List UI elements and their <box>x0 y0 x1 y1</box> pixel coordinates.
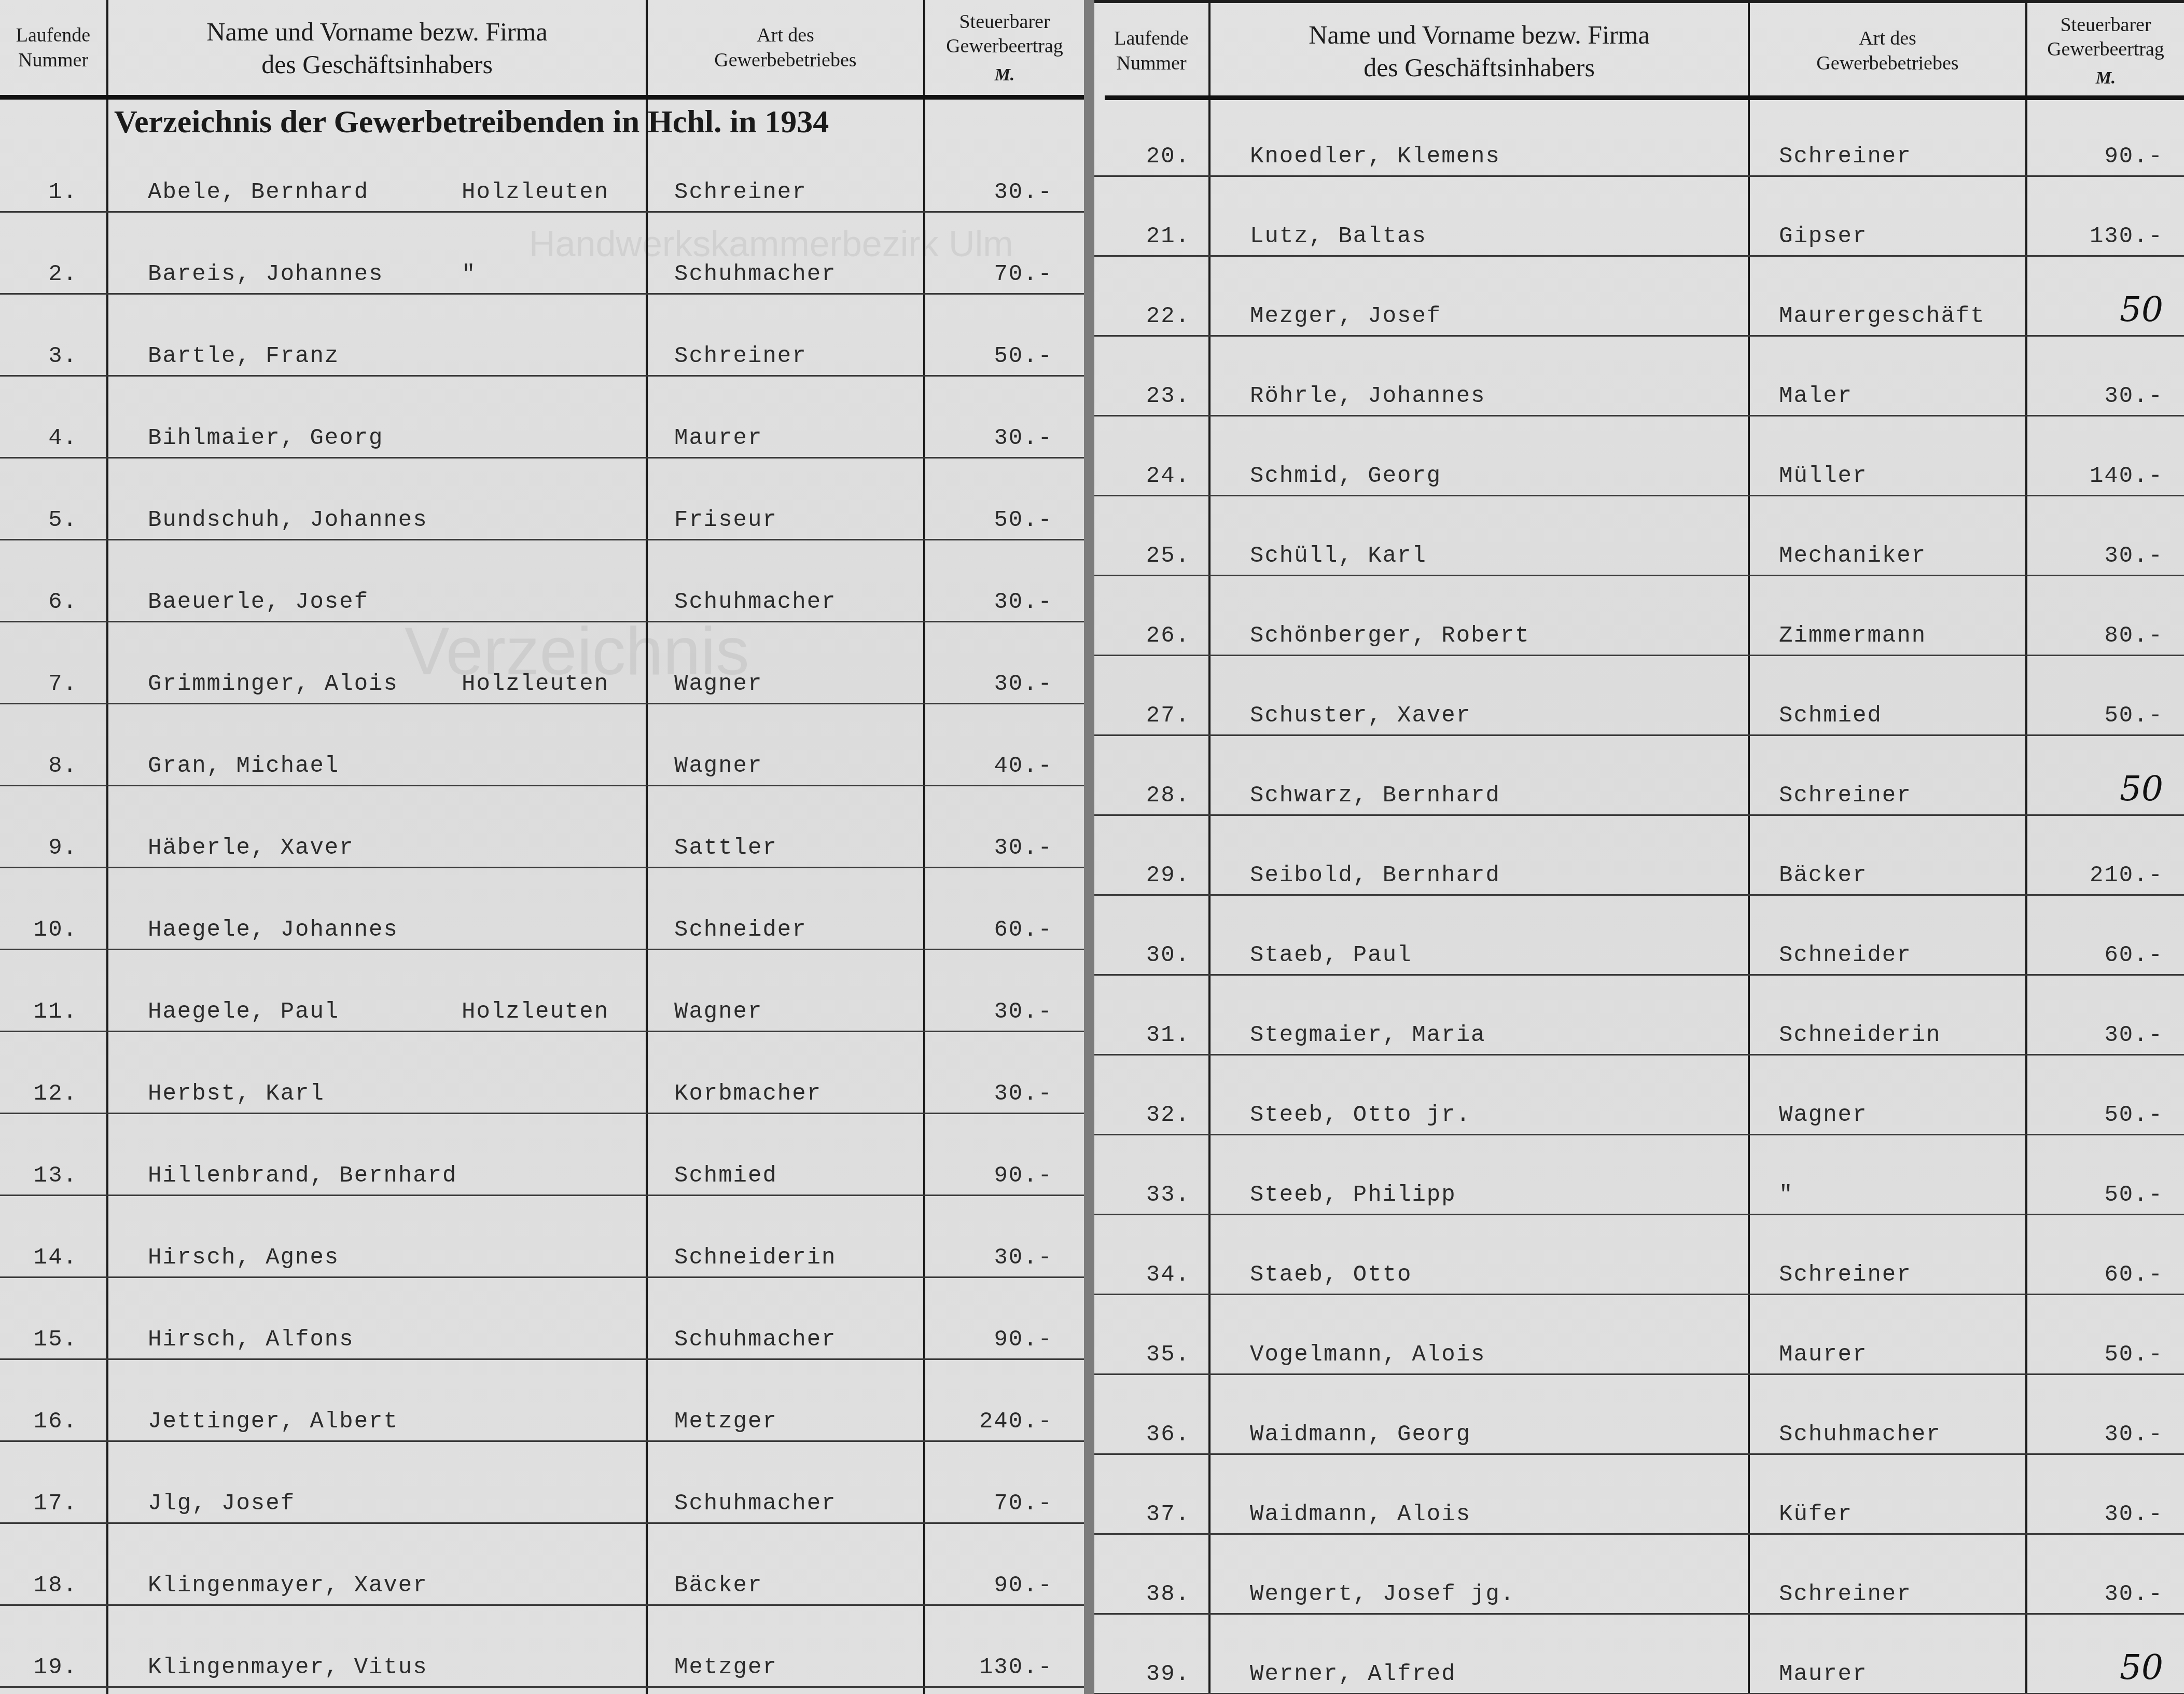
owner-name: Stegmaier, Maria <box>1250 1022 1485 1048</box>
row-number: 35. <box>1094 1342 1190 1368</box>
table-row: 36.Waidmann, GeorgSchuhmacher30.- <box>1094 1372 2184 1455</box>
header-text: Art des <box>757 23 814 48</box>
table-row: 25.Schüll, KarlMechaniker30.- <box>1094 493 2184 576</box>
row-number: 30. <box>1094 942 1190 968</box>
trade-type: Küfer <box>1779 1502 1853 1528</box>
table-row: 13.Hillenbrand, BernhardSchmied90.- <box>0 1113 1084 1196</box>
header-text: Name und Vorname bezw. Firma <box>1309 19 1649 51</box>
tax-amount: 50.- <box>2104 1182 2163 1208</box>
tax-amount: 30.- <box>994 589 1053 615</box>
row-rule <box>0 1686 1084 1688</box>
table-row: 11.Haegele, PaulHolzleutenWagner30.- <box>0 949 1084 1032</box>
tax-amount: 30.- <box>2104 543 2163 569</box>
owner-name: Häberle, Xaver <box>148 835 354 861</box>
owner-name: Staeb, Paul <box>1250 942 1412 968</box>
trade-type: Schreiner <box>1779 1581 1912 1607</box>
owner-name: Steeb, Otto jr. <box>1250 1102 1471 1128</box>
owner-name: Röhrle, Johannes <box>1250 383 1485 409</box>
header-text: Steuerbarer <box>2060 13 2151 38</box>
table-row: 6.Baeuerle, JosefSchuhmacher30.- <box>0 539 1084 622</box>
table-row: 2.Bareis, Johannes"Schuhmacher70.- <box>0 212 1084 295</box>
header-rule <box>0 95 1084 100</box>
header-amount: Steuerbarer Gewerbeertrag M. <box>925 0 1084 96</box>
row-number: 20. <box>1094 144 1190 170</box>
table-row: 8.Gran, MichaelWagner40.- <box>0 703 1084 786</box>
owner-name: Haegele, Paul <box>148 999 339 1025</box>
row-number: 19. <box>0 1655 78 1681</box>
table-row: 12.Herbst, KarlKorbmacher30.- <box>0 1031 1084 1114</box>
table-row: 38.Wengert, Josef jg.Schreiner30.- <box>1094 1532 2184 1615</box>
table-row: 9.Häberle, XaverSattler30.- <box>0 785 1084 868</box>
trade-type: Maurergeschäft <box>1779 303 1985 329</box>
tax-amount: 30.- <box>994 835 1053 861</box>
row-number: 23. <box>1094 383 1190 409</box>
table-row: 21.Lutz, BaltasGipser130.- <box>1094 174 2184 257</box>
owner-name: Lutz, Baltas <box>1250 224 1427 249</box>
table-row: 37.Waidmann, AloisKüfer30.- <box>1094 1452 2184 1535</box>
row-number: 18. <box>0 1573 78 1599</box>
owner-name: Bartle, Franz <box>148 343 339 369</box>
table-row: 20.Knoedler, KlemensSchreiner90.- <box>1094 94 2184 177</box>
tax-amount: 140.- <box>2090 463 2163 489</box>
tax-amount: 50.- <box>2104 1342 2163 1368</box>
trade-type: Maurer <box>1779 1661 1867 1687</box>
trade-type: Friseur <box>674 507 777 533</box>
row-number: 10. <box>0 917 78 943</box>
tax-amount: 70.- <box>994 1491 1053 1517</box>
tax-amount: 30.- <box>994 179 1053 205</box>
trade-type: Schreiner <box>1779 144 1912 170</box>
tax-amount: 50.- <box>994 343 1053 369</box>
tax-amount: 30.- <box>2104 1502 2163 1528</box>
owner-name: Hillenbrand, Bernhard <box>148 1163 457 1189</box>
table-row: 32.Steeb, Otto jr.Wagner50.- <box>1094 1052 2184 1135</box>
table-row: 19.Klingenmayer, VitusMetzger130.- <box>0 1605 1084 1688</box>
owner-name: Knoedler, Klemens <box>1250 144 1500 170</box>
owner-name: Waidmann, Georg <box>1250 1422 1471 1448</box>
owner-name: Hirsch, Agnes <box>148 1245 339 1271</box>
tax-amount: 30.- <box>2104 1581 2163 1607</box>
row-number: 36. <box>1094 1422 1190 1448</box>
row-number: 15. <box>0 1327 78 1353</box>
row-number: 8. <box>0 753 78 779</box>
table-row: 34.Staeb, OttoSchreiner60.- <box>1094 1212 2184 1295</box>
owner-name: Wengert, Josef jg. <box>1250 1581 1515 1607</box>
header-text: Art des <box>1859 26 1916 51</box>
row-number: 5. <box>0 507 78 533</box>
tax-amount: 90.- <box>2104 144 2163 170</box>
trade-type: Schneider <box>1779 942 1912 968</box>
owner-name: Herbst, Karl <box>148 1081 325 1107</box>
row-number: 14. <box>0 1245 78 1271</box>
trade-type: Metzger <box>674 1655 777 1681</box>
table-row: 15.Hirsch, AlfonsSchuhmacher90.- <box>0 1277 1084 1360</box>
row-number: 7. <box>0 671 78 697</box>
place-name: Holzleuten <box>462 179 609 205</box>
header-text: Nummer <box>18 48 88 73</box>
handwritten-amount: 50 <box>2120 769 2163 809</box>
table-row: 4.Bihlmaier, GeorgMaurer30.- <box>0 376 1084 459</box>
owner-name: Grimminger, Alois <box>148 671 398 697</box>
header-text: Steuerbarer <box>959 10 1050 35</box>
trade-type: Metzger <box>674 1409 777 1435</box>
trade-type: Schuhmacher <box>674 1327 836 1353</box>
trade-type: Korbmacher <box>674 1081 822 1107</box>
header-name: Name und Vorname bezw. Firma des Geschäf… <box>108 0 646 96</box>
trade-type: Schneiderin <box>674 1245 836 1271</box>
trade-type: Schuhmacher <box>1779 1422 1941 1448</box>
trade-type: Maurer <box>674 425 762 451</box>
header-text: Gewerbebetriebes <box>1816 51 1958 76</box>
place-name: " <box>462 261 476 287</box>
header-text: Gewerbeertrag <box>2047 37 2164 62</box>
header-text: Nummer <box>1116 51 1186 76</box>
tax-amount: 210.- <box>2090 863 2163 888</box>
trade-type: Maler <box>1779 383 1853 409</box>
row-number: 6. <box>0 589 78 615</box>
trade-type: Mechaniker <box>1779 543 1926 569</box>
row-number: 37. <box>1094 1502 1190 1528</box>
row-number: 1. <box>0 179 78 205</box>
owner-name: Staeb, Otto <box>1250 1262 1412 1288</box>
owner-name: Seibold, Bernhard <box>1250 863 1500 888</box>
tax-amount: 50.- <box>994 507 1053 533</box>
header-text: Gewerbebetriebes <box>714 48 856 73</box>
trade-type: Schuhmacher <box>674 589 836 615</box>
trade-type: Schreiner <box>674 179 807 205</box>
table-row: 23.Röhrle, JohannesMaler30.- <box>1094 334 2184 416</box>
tax-amount: 70.- <box>994 261 1053 287</box>
owner-name: Vogelmann, Alois <box>1250 1342 1485 1368</box>
table-row: 27.Schuster, XaverSchmied50.- <box>1094 653 2184 736</box>
place-name: Holzleuten <box>462 671 609 697</box>
row-number: 12. <box>0 1081 78 1107</box>
tax-amount: 30.- <box>994 1245 1053 1271</box>
row-number: 3. <box>0 343 78 369</box>
trade-type: Zimmermann <box>1779 623 1926 649</box>
owner-name: Schüll, Karl <box>1250 543 1427 569</box>
trade-type: Schmied <box>1779 703 1882 729</box>
trade-type: Schreiner <box>1779 1262 1912 1288</box>
header-text: Gewerbeertrag <box>946 34 1063 59</box>
header-trade: Art des Gewerbebetriebes <box>648 0 923 96</box>
owner-name: Baeuerle, Josef <box>148 589 369 615</box>
tax-amount: 60.- <box>2104 1262 2163 1288</box>
tax-amount: 240.- <box>979 1409 1053 1435</box>
owner-name: Schuster, Xaver <box>1250 703 1471 729</box>
table-row: 5.Bundschuh, JohannesFriseur50.- <box>0 457 1084 540</box>
owner-name: Gran, Michael <box>148 753 339 779</box>
row-number: 33. <box>1094 1182 1190 1208</box>
header-text: Laufende <box>16 23 90 48</box>
table-row: 31.Stegmaier, MariaSchneiderin30.- <box>1094 973 2184 1056</box>
right-page: Laufende Nummer Name und Vorname bezw. F… <box>1094 0 2184 1694</box>
row-number: 32. <box>1094 1102 1190 1128</box>
owner-name: Hirsch, Alfons <box>148 1327 354 1353</box>
trade-type: " <box>1779 1182 1793 1208</box>
tax-amount: 130.- <box>979 1655 1053 1681</box>
row-number: 34. <box>1094 1262 1190 1288</box>
row-number: 38. <box>1094 1581 1190 1607</box>
trade-type: Schuhmacher <box>674 1491 836 1517</box>
table-row: 26.Schönberger, RobertZimmermann80.- <box>1094 573 2184 656</box>
tax-amount: 80.- <box>2104 623 2163 649</box>
row-number: 26. <box>1094 623 1190 649</box>
trade-type: Schreiner <box>1779 783 1912 809</box>
row-number: 2. <box>0 261 78 287</box>
owner-name: Steeb, Philipp <box>1250 1182 1456 1208</box>
row-number: 9. <box>0 835 78 861</box>
trade-type: Wagner <box>674 999 762 1025</box>
tax-amount: 30.- <box>2104 383 2163 409</box>
owner-name: Haegele, Johannes <box>148 917 398 943</box>
owner-name: Schwarz, Bernhard <box>1250 783 1500 809</box>
tax-amount: 90.- <box>994 1163 1053 1189</box>
row-number: 39. <box>1094 1661 1190 1687</box>
table-row: 14.Hirsch, AgnesSchneiderin30.- <box>0 1195 1084 1278</box>
owner-name: Jettinger, Albert <box>148 1409 398 1435</box>
table-row: 3.Bartle, FranzSchreiner50.- <box>0 294 1084 377</box>
header-text: Name und Vorname bezw. Firma <box>206 16 547 48</box>
row-number: 4. <box>0 425 78 451</box>
header-number: Laufende Nummer <box>1094 3 1208 99</box>
table-row: 16.Jettinger, AlbertMetzger240.- <box>0 1359 1084 1442</box>
header-name: Name und Vorname bezw. Firma des Geschäf… <box>1211 3 1748 99</box>
row-number: 17. <box>0 1491 78 1517</box>
tax-amount: 30.- <box>2104 1422 2163 1448</box>
table-row: 17.Jlg, JosefSchuhmacher70.- <box>0 1441 1084 1524</box>
table-row: 29.Seibold, BernhardBäcker210.- <box>1094 813 2184 896</box>
tax-amount: 50.- <box>2104 1102 2163 1128</box>
tax-amount: 130.- <box>2090 224 2163 249</box>
owner-name: Abele, Bernhard <box>148 179 369 205</box>
header-text: Laufende <box>1114 26 1188 51</box>
tax-amount: 60.- <box>2104 942 2163 968</box>
header-text: des Geschäftsinhabers <box>261 48 493 81</box>
currency-unit: M. <box>2096 67 2116 90</box>
place-name: Holzleuten <box>462 999 609 1025</box>
owner-name: Bareis, Johannes <box>148 261 383 287</box>
owner-name: Mezger, Josef <box>1250 303 1441 329</box>
table-row: 18.Klingenmayer, XaverBäcker90.- <box>0 1523 1084 1606</box>
owner-name: Bihlmaier, Georg <box>148 425 383 451</box>
row-number: 25. <box>1094 543 1190 569</box>
trade-type: Schuhmacher <box>674 261 836 287</box>
tax-amount: 30.- <box>994 425 1053 451</box>
trade-type: Schreiner <box>674 343 807 369</box>
header-number: Laufende Nummer <box>0 0 106 96</box>
owner-name: Schmid, Georg <box>1250 463 1441 489</box>
trade-type: Gipser <box>1779 224 1867 249</box>
header-trade: Art des Gewerbebetriebes <box>1750 3 2025 99</box>
table-row: 7.Grimminger, AloisHolzleutenWagner30.- <box>0 621 1084 704</box>
table-row: 30.Staeb, PaulSchneider60.- <box>1094 893 2184 976</box>
table-row: 35.Vogelmann, AloisMaurer50.- <box>1094 1292 2184 1375</box>
trade-type: Wagner <box>674 671 762 697</box>
handwritten-amount: 50 <box>2120 1647 2163 1687</box>
table-row: 39.Werner, AlfredMaurer50 <box>1094 1612 2184 1694</box>
trade-type: Bäcker <box>674 1573 762 1599</box>
row-number: 28. <box>1094 783 1190 809</box>
table-row: 10.Haegele, JohannesSchneider60.- <box>0 867 1084 950</box>
owner-name: Schönberger, Robert <box>1250 623 1530 649</box>
owner-name: Waidmann, Alois <box>1250 1502 1471 1528</box>
owner-name: Klingenmayer, Xaver <box>148 1573 428 1599</box>
tax-amount: 30.- <box>2104 1022 2163 1048</box>
owner-name: Klingenmayer, Vitus <box>148 1655 428 1681</box>
row-number: 22. <box>1094 303 1190 329</box>
trade-type: Müller <box>1779 463 1867 489</box>
row-number: 13. <box>0 1163 78 1189</box>
table-row: 22.Mezger, JosefMaurergeschäft50 <box>1094 254 2184 337</box>
header-text: des Geschäftsinhabers <box>1364 51 1595 84</box>
table-row: 24.Schmid, GeorgMüller140.- <box>1094 413 2184 496</box>
tax-amount: 30.- <box>994 671 1053 697</box>
tax-amount: 90.- <box>994 1573 1053 1599</box>
trade-type: Wagner <box>1779 1102 1867 1128</box>
row-number: 21. <box>1094 224 1190 249</box>
row-number: 16. <box>0 1409 78 1435</box>
table-row: 28.Schwarz, BernhardSchreiner50 <box>1094 733 2184 816</box>
handwritten-amount: 50 <box>2120 289 2163 329</box>
row-number: 24. <box>1094 463 1190 489</box>
trade-type: Bäcker <box>1779 863 1867 888</box>
row-number: 27. <box>1094 703 1190 729</box>
owner-name: Bundschuh, Johannes <box>148 507 428 533</box>
trade-type: Schneiderin <box>1779 1022 1941 1048</box>
owner-name: Werner, Alfred <box>1250 1661 1456 1687</box>
row-number: 29. <box>1094 863 1190 888</box>
row-number: 31. <box>1094 1022 1190 1048</box>
currency-unit: M. <box>995 64 1015 87</box>
tax-amount: 60.- <box>994 917 1053 943</box>
row-number: 11. <box>0 999 78 1025</box>
header-amount: Steuerbarer Gewerbeertrag M. <box>2027 3 2184 99</box>
trade-type: Maurer <box>1779 1342 1867 1368</box>
table-row: 1.Abele, BernhardHolzleutenSchreiner30.- <box>0 130 1084 213</box>
trade-type: Schmied <box>674 1163 777 1189</box>
tax-amount: 50.- <box>2104 703 2163 729</box>
trade-type: Schneider <box>674 917 807 943</box>
trade-type: Wagner <box>674 753 762 779</box>
left-page: Handwerkskammerbezirk Ulm Verzeichnis La… <box>0 0 1084 1694</box>
table-row: 33.Steeb, Philipp"50.- <box>1094 1132 2184 1215</box>
tax-amount: 30.- <box>994 999 1053 1025</box>
tax-amount: 40.- <box>994 753 1053 779</box>
trade-type: Sattler <box>674 835 777 861</box>
owner-name: Jlg, Josef <box>148 1491 295 1517</box>
tax-amount: 90.- <box>994 1327 1053 1353</box>
tax-amount: 30.- <box>994 1081 1053 1107</box>
